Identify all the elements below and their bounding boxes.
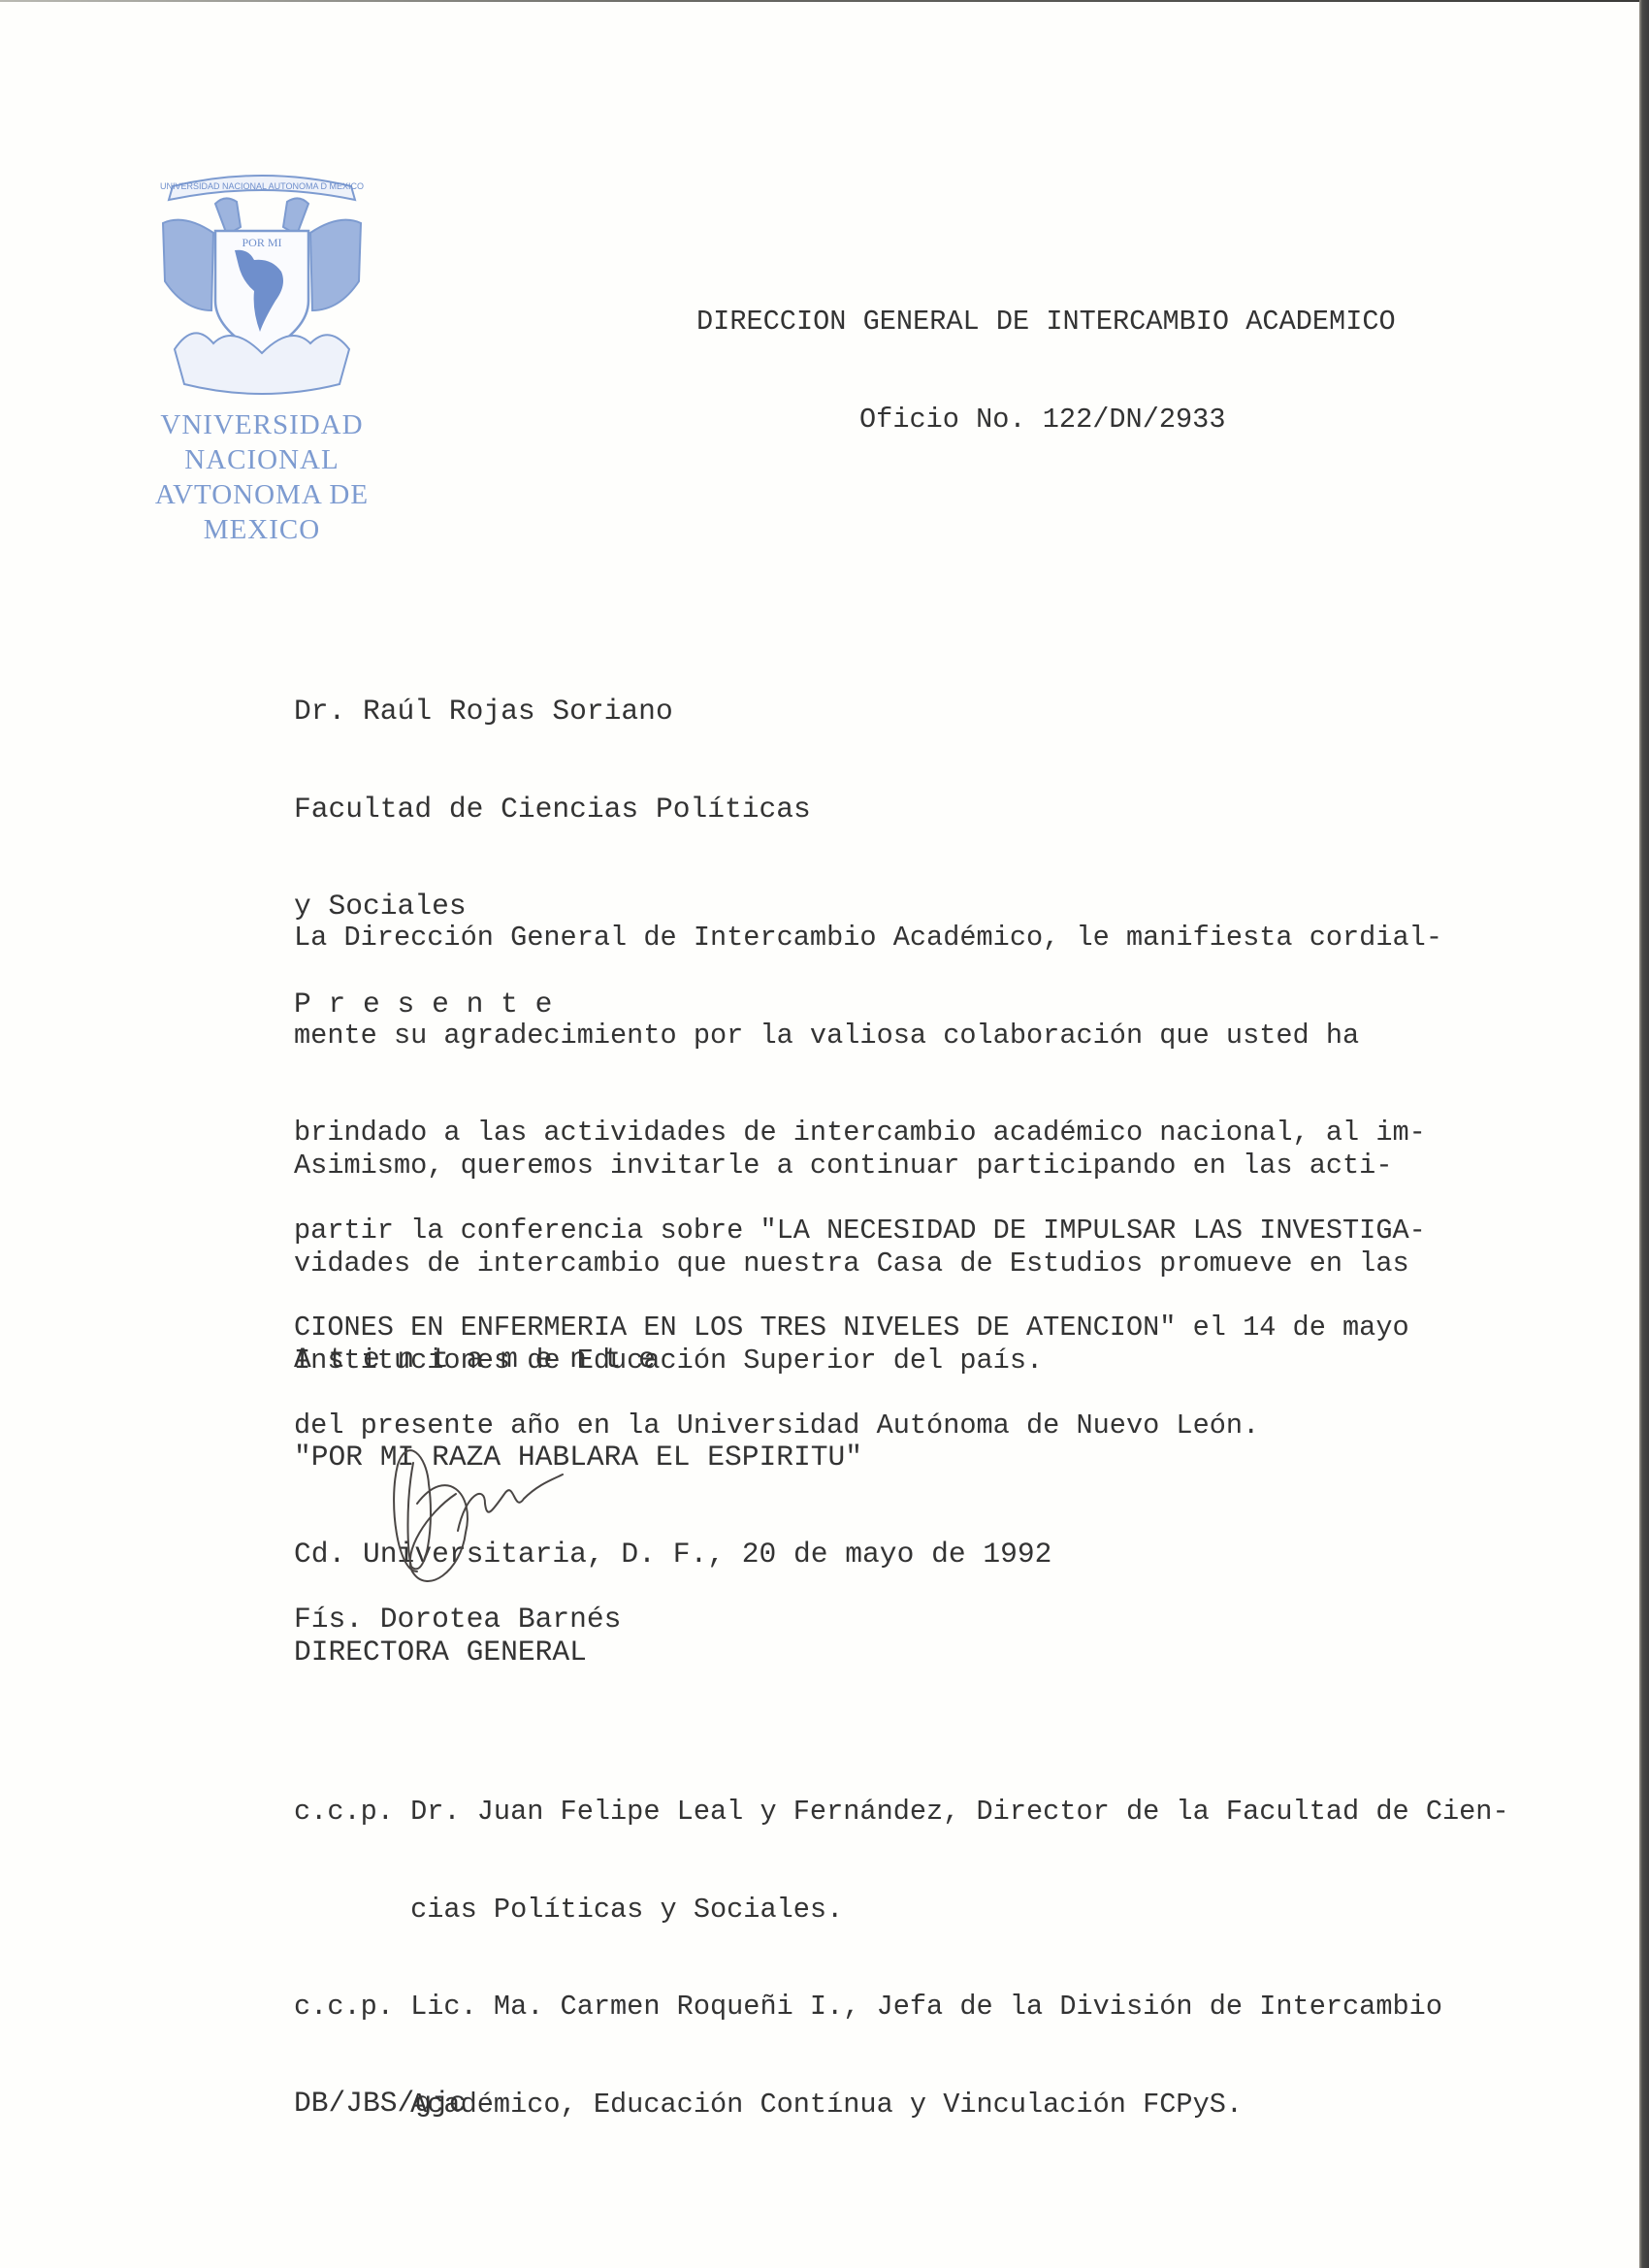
body-line: mente su agradecimiento por la valiosa c…: [294, 1020, 1442, 1053]
department-name: DIRECCION GENERAL DE INTERCAMBIO ACADEMI…: [696, 306, 1396, 339]
svg-text:POR MI: POR MI: [242, 236, 281, 249]
body-line: Asimismo, queremos invitarle a continuar…: [294, 1150, 1409, 1183]
letterhead: DIRECCION GENERAL DE INTERCAMBIO ACADEMI…: [696, 241, 1396, 469]
signatory-name: Fís. Dorotea Barnés: [294, 1604, 621, 1636]
initials: DB/JBS/gjc: [294, 2088, 467, 2121]
recipient-name: Dr. Raúl Rojas Soriano: [294, 696, 811, 729]
scan-right-edge: [1639, 0, 1649, 2268]
university-name-line: VNIVERSIDAD NACIONAL: [107, 407, 417, 477]
cc-block: c.c.p. Dr. Juan Felipe Leal y Fernández,…: [294, 1731, 1509, 2154]
reference-number: Oficio No. 122/DN/2933: [696, 404, 1396, 437]
body-line: vidades de intercambio que nuestra Casa …: [294, 1247, 1409, 1280]
svg-text:UNIVERSIDAD NACIONAL AUTONOMA: UNIVERSIDAD NACIONAL AUTONOMA D MEXICO: [160, 181, 364, 191]
university-name: VNIVERSIDAD NACIONAL AVTONOMA DE MEXICO: [107, 407, 417, 547]
university-name-line: AVTONOMA DE: [107, 477, 417, 512]
recipient-faculty: Facultad de Ciencias Políticas: [294, 794, 811, 826]
cc-line: cias Políticas y Sociales.: [294, 1894, 1509, 1927]
unam-crest-logo: UNIVERSIDAD NACIONAL AUTONOMA D MEXICO P…: [155, 165, 369, 398]
cc-line: c.c.p. Dr. Juan Felipe Leal y Fernández,…: [294, 1796, 1509, 1829]
scan-top-edge: [0, 0, 1649, 2]
university-name-line: MEXICO: [107, 512, 417, 547]
cc-line: Académico, Educación Contínua y Vinculac…: [294, 2089, 1509, 2122]
closing-atentamente: A t e n t a m e n t e: [294, 1344, 1051, 1377]
cc-line: c.c.p. Lic. Ma. Carmen Roqueñi I., Jefa …: [294, 1991, 1509, 2024]
body-line: La Dirección General de Intercambio Acad…: [294, 922, 1442, 955]
reference-initials: DB/JBS/gjc: [294, 2023, 467, 2153]
signatory-block: Fís. Dorotea Barnés: [294, 1539, 621, 1669]
